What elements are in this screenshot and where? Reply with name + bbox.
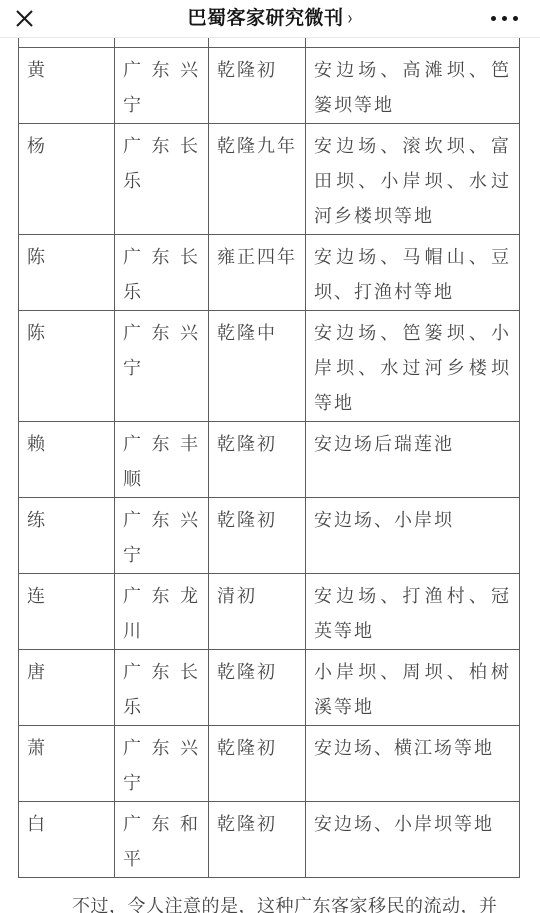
article-paragraph: 不过，令人注意的是，这种广东客家移民的流动，并 — [36, 891, 504, 913]
table-row: 杨 广东长乐 乾隆九年 安边场、滚坎坝、富田坝、小岸坝、水过河乡楼坝等地 — [19, 123, 520, 234]
table-row: 赖 广东丰顺 乾隆初 安边场后瑞莲池 — [19, 421, 520, 497]
table-row: 练 广东兴宁 乾隆初 安边场、小岸坝 — [19, 497, 520, 573]
cell-surname: 白 — [19, 801, 115, 877]
more-button[interactable] — [488, 0, 540, 38]
cell-period: 乾隆初 — [209, 421, 306, 497]
cell-destinations: 安边场、马帽山、豆坝、打渔村等地 — [306, 234, 520, 310]
more-icon — [513, 16, 518, 21]
cell-surname: 萧 — [19, 725, 115, 801]
cell-origin: 广东长乐 — [115, 649, 209, 725]
header-title-area: 巴蜀客家研究微刊 › — [0, 0, 540, 37]
cell-period: 乾隆初 — [209, 47, 306, 123]
cell-surname: 黄 — [19, 47, 115, 123]
chevron-right-icon: › — [347, 8, 352, 29]
cell-period: 雍正四年 — [209, 234, 306, 310]
cell-surname: 陈 — [19, 310, 115, 421]
close-button[interactable] — [0, 0, 52, 38]
table-row: 陈 广东兴宁 乾隆中 安边场、笆篓坝、小岸坝、水过河乡楼坝等地 — [19, 310, 520, 421]
cell-surname: 连 — [19, 573, 115, 649]
cell-destinations: 安边场、滚坎坝、富田坝、小岸坝、水过河乡楼坝等地 — [306, 123, 520, 234]
cell-destinations: 安边场、高滩坝、笆篓坝等地 — [306, 47, 520, 123]
table-row: 连 广东龙川 清初 安边场、打渔村、冠英等地 — [19, 573, 520, 649]
cell-origin: 广东兴宁 — [115, 310, 209, 421]
table-row: 萧 广东兴宁 乾隆初 安边场、横江场等地 — [19, 725, 520, 801]
table-row: 黄 广东兴宁 乾隆初 安边场、高滩坝、笆篓坝等地 — [19, 47, 520, 123]
cell-destinations: 安边场、笆篓坝、小岸坝、水过河乡楼坝等地 — [306, 310, 520, 421]
cell-origin: 广东龙川 — [115, 573, 209, 649]
cell-destinations: 小岸坝、周坝、柏树溪等地 — [306, 649, 520, 725]
table-row: 唐 广东长乐 乾隆初 小岸坝、周坝、柏树溪等地 — [19, 649, 520, 725]
cell-destinations: 安边场、打渔村、冠英等地 — [306, 573, 520, 649]
cell-origin: 广东兴宁 — [115, 725, 209, 801]
article-content: 黄 广东兴宁 乾隆初 安边场、高滩坝、笆篓坝等地 杨 广东长乐 乾隆九年 安边场… — [0, 38, 540, 913]
more-icon — [502, 16, 507, 21]
cell-destinations: 安边场后瑞莲池 — [306, 421, 520, 497]
cell-surname: 陈 — [19, 234, 115, 310]
cell-origin: 广东长乐 — [115, 234, 209, 310]
page-title: 巴蜀客家研究微刊 — [187, 0, 343, 38]
cell-period: 乾隆初 — [209, 725, 306, 801]
close-icon — [15, 9, 34, 28]
table-cell — [115, 38, 209, 47]
table-row-cutoff — [19, 38, 520, 47]
cell-period: 清初 — [209, 573, 306, 649]
table-cell — [19, 38, 115, 47]
table-row: 陈 广东长乐 雍正四年 安边场、马帽山、豆坝、打渔村等地 — [19, 234, 520, 310]
cell-origin: 广东长乐 — [115, 123, 209, 234]
cell-destinations: 安边场、横江场等地 — [306, 725, 520, 801]
cell-origin: 广东兴宁 — [115, 47, 209, 123]
account-title-link[interactable]: 巴蜀客家研究微刊 › — [187, 0, 352, 38]
cell-period: 乾隆中 — [209, 310, 306, 421]
cell-destinations: 安边场、小岸坝等地 — [306, 801, 520, 877]
more-icon — [491, 16, 496, 21]
table-cell — [306, 38, 520, 47]
cell-period: 乾隆初 — [209, 801, 306, 877]
cell-period: 乾隆初 — [209, 497, 306, 573]
cell-surname: 练 — [19, 497, 115, 573]
cell-period: 乾隆九年 — [209, 123, 306, 234]
migration-table: 黄 广东兴宁 乾隆初 安边场、高滩坝、笆篓坝等地 杨 广东长乐 乾隆九年 安边场… — [18, 38, 520, 878]
table-cell — [209, 38, 306, 47]
cell-surname: 赖 — [19, 421, 115, 497]
cell-origin: 广东兴宁 — [115, 497, 209, 573]
cell-period: 乾隆初 — [209, 649, 306, 725]
cell-surname: 唐 — [19, 649, 115, 725]
header: 巴蜀客家研究微刊 › — [0, 0, 540, 38]
cell-surname: 杨 — [19, 123, 115, 234]
table-row: 白 广东和平 乾隆初 安边场、小岸坝等地 — [19, 801, 520, 877]
cell-origin: 广东丰顺 — [115, 421, 209, 497]
cell-destinations: 安边场、小岸坝 — [306, 497, 520, 573]
cell-origin: 广东和平 — [115, 801, 209, 877]
